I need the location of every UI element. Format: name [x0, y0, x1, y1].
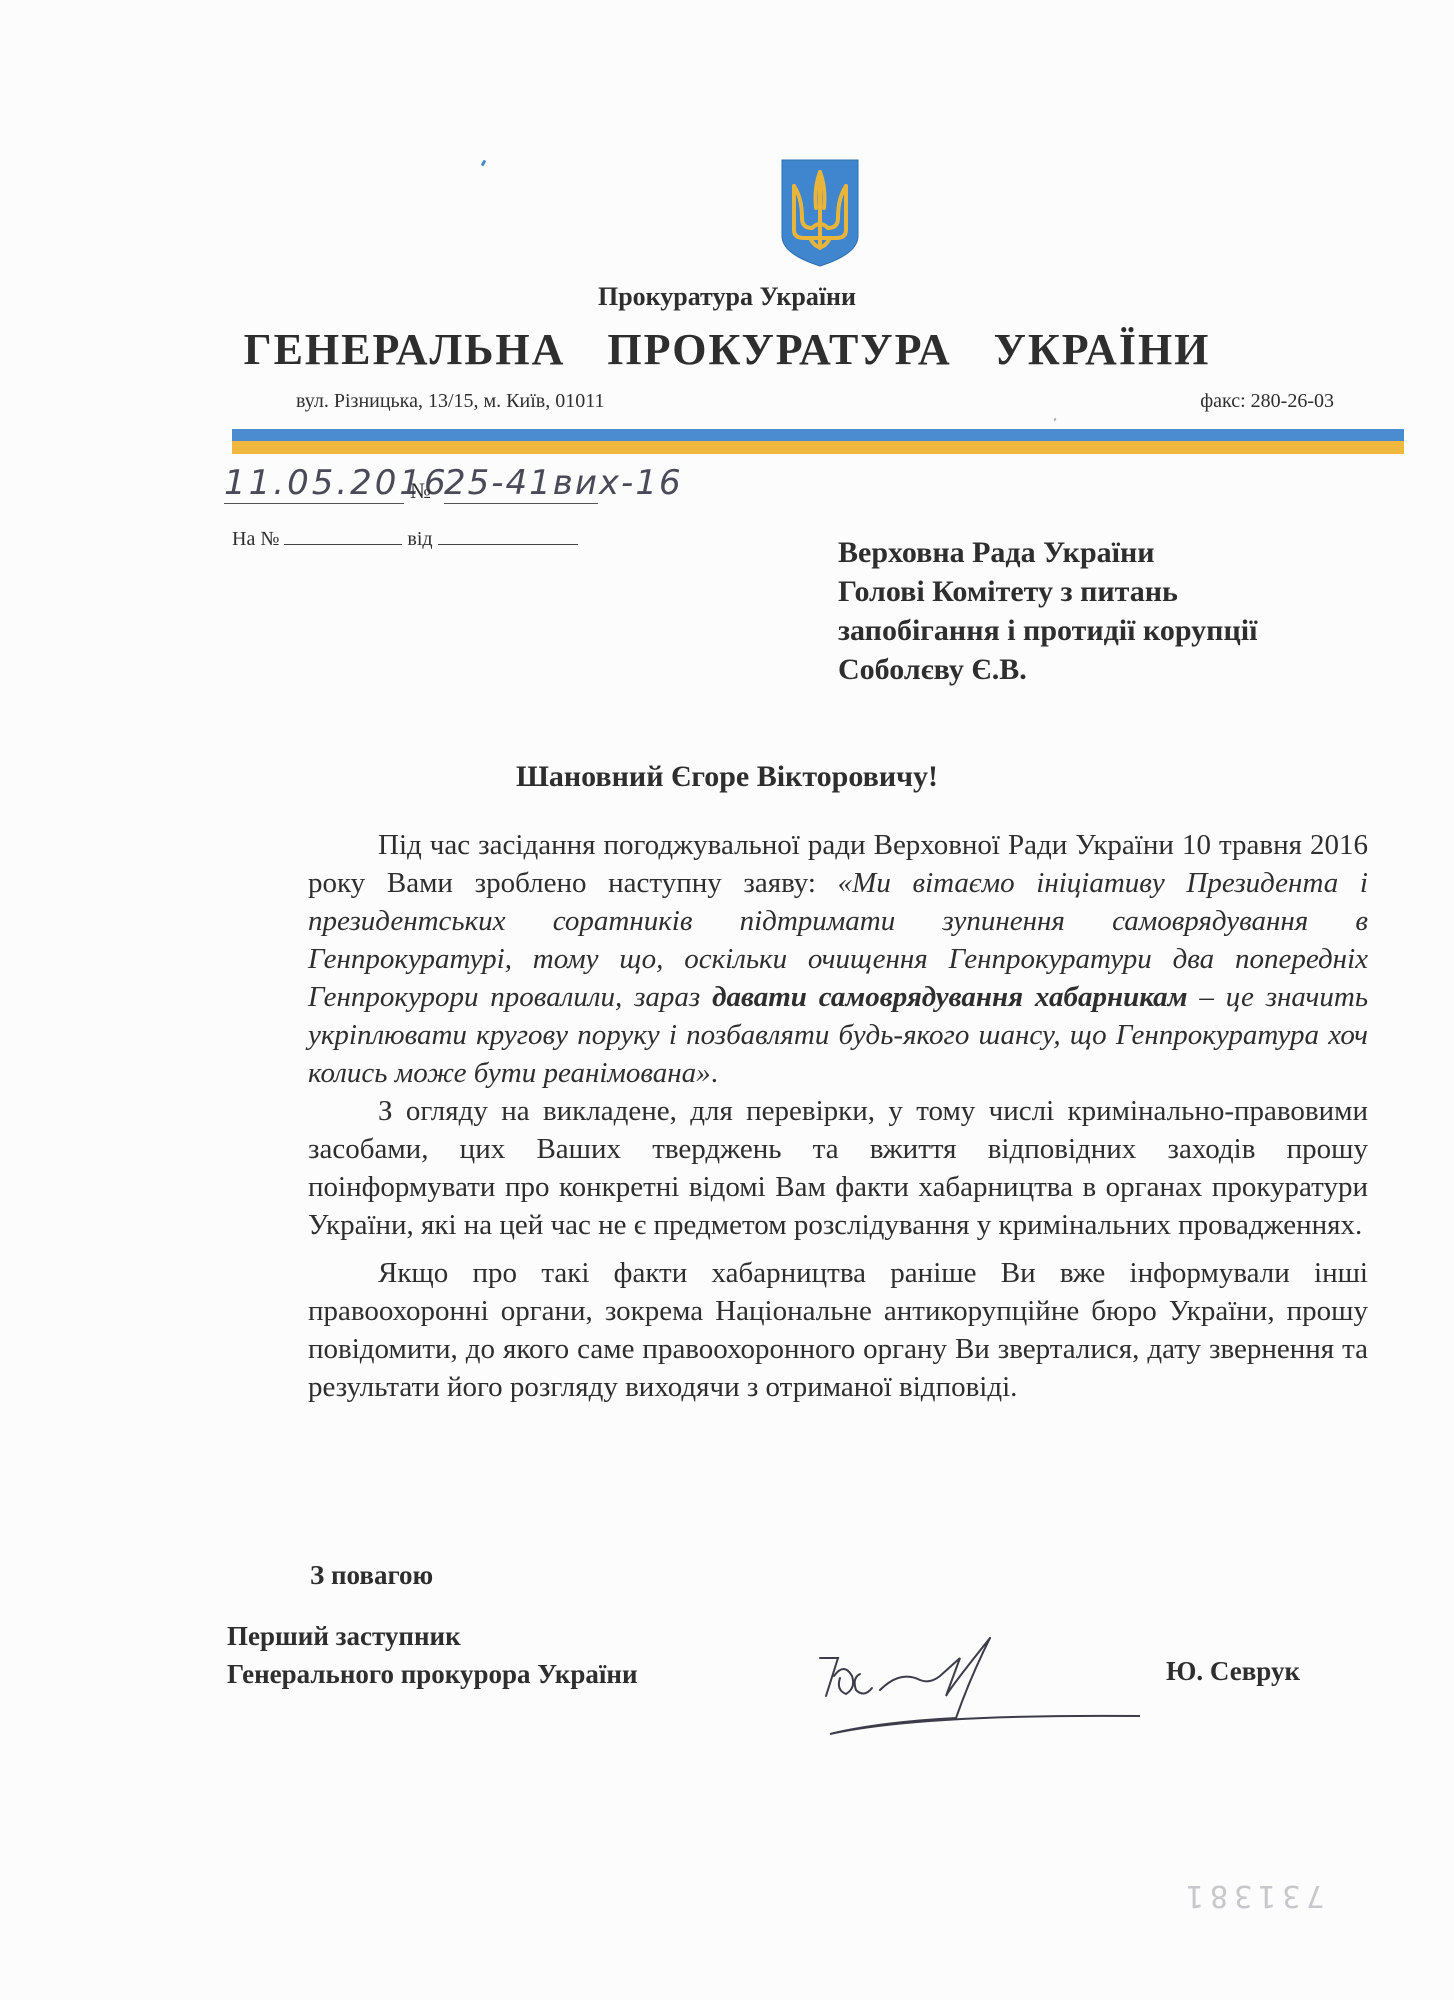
reply-reference-line: На № від: [232, 528, 578, 551]
reply-from-blank: [438, 528, 578, 545]
flag-stripe-yellow: [232, 441, 1404, 454]
signer-title: Перший заступник Генерального прокурора …: [227, 1617, 638, 1693]
signer-title-line: Генерального прокурора України: [227, 1655, 638, 1693]
signer-name: Ю. Севрук: [1166, 1656, 1300, 1687]
reply-to-label: На №: [232, 528, 279, 550]
letter-body: Під час засідання погоджувальної ради Ве…: [308, 826, 1368, 1406]
recipient-line: запобігання і протидії корупції: [838, 611, 1257, 650]
closing-phrase: З повагою: [310, 1560, 433, 1591]
reply-from-label: від: [407, 528, 432, 550]
organization-fax: факс: 280-26-03: [1200, 390, 1334, 413]
body-paragraph-2: З огляду на викладене, для перевірки, у …: [308, 1092, 1368, 1244]
flag-stripe-blue: [232, 429, 1404, 441]
quote-emphasis: давати самоврядування хабарникам: [712, 981, 1187, 1013]
ukraine-coat-of-arms-icon: [780, 158, 860, 268]
paragraph-text: .: [711, 1057, 718, 1089]
registration-date: 11.05.2016: [224, 463, 404, 504]
signer-title-line: Перший заступник: [227, 1617, 638, 1655]
organization-address: вул. Різницька, 13/15, м. Київ, 01011: [296, 390, 604, 413]
recipient-line: Верховна Рада України: [838, 533, 1257, 572]
scan-speck: [481, 160, 487, 167]
scan-speck: [1053, 418, 1056, 422]
recipient-block: Верховна Рада України Голові Комітету з …: [838, 533, 1257, 689]
registration-number-sign: №: [410, 478, 431, 504]
document-stamp-number: 731381: [1180, 1878, 1324, 1913]
recipient-line: Соболєву Є.В.: [838, 650, 1257, 689]
organization-subtitle: Прокуратура України: [0, 282, 1454, 312]
salutation: Шановний Єгоре Вікторовичу!: [0, 760, 1454, 794]
registration-number: 25-41вих-16: [444, 463, 598, 504]
body-paragraph-3: Якщо про такі факти хабарництва раніше В…: [308, 1254, 1368, 1406]
recipient-line: Голові Комітету з питань: [838, 572, 1257, 611]
organization-title: ГЕНЕРАЛЬНА ПРОКУРАТУРА УКРАЇНИ: [0, 324, 1454, 375]
reply-to-blank: [284, 528, 402, 545]
quoted-statement: «Ми вітаємо ініціативу Президента і през…: [308, 867, 1368, 1089]
handwritten-signature-icon: [760, 1618, 1140, 1738]
body-paragraph-1: Під час засідання погоджувальної ради Ве…: [308, 826, 1368, 1092]
